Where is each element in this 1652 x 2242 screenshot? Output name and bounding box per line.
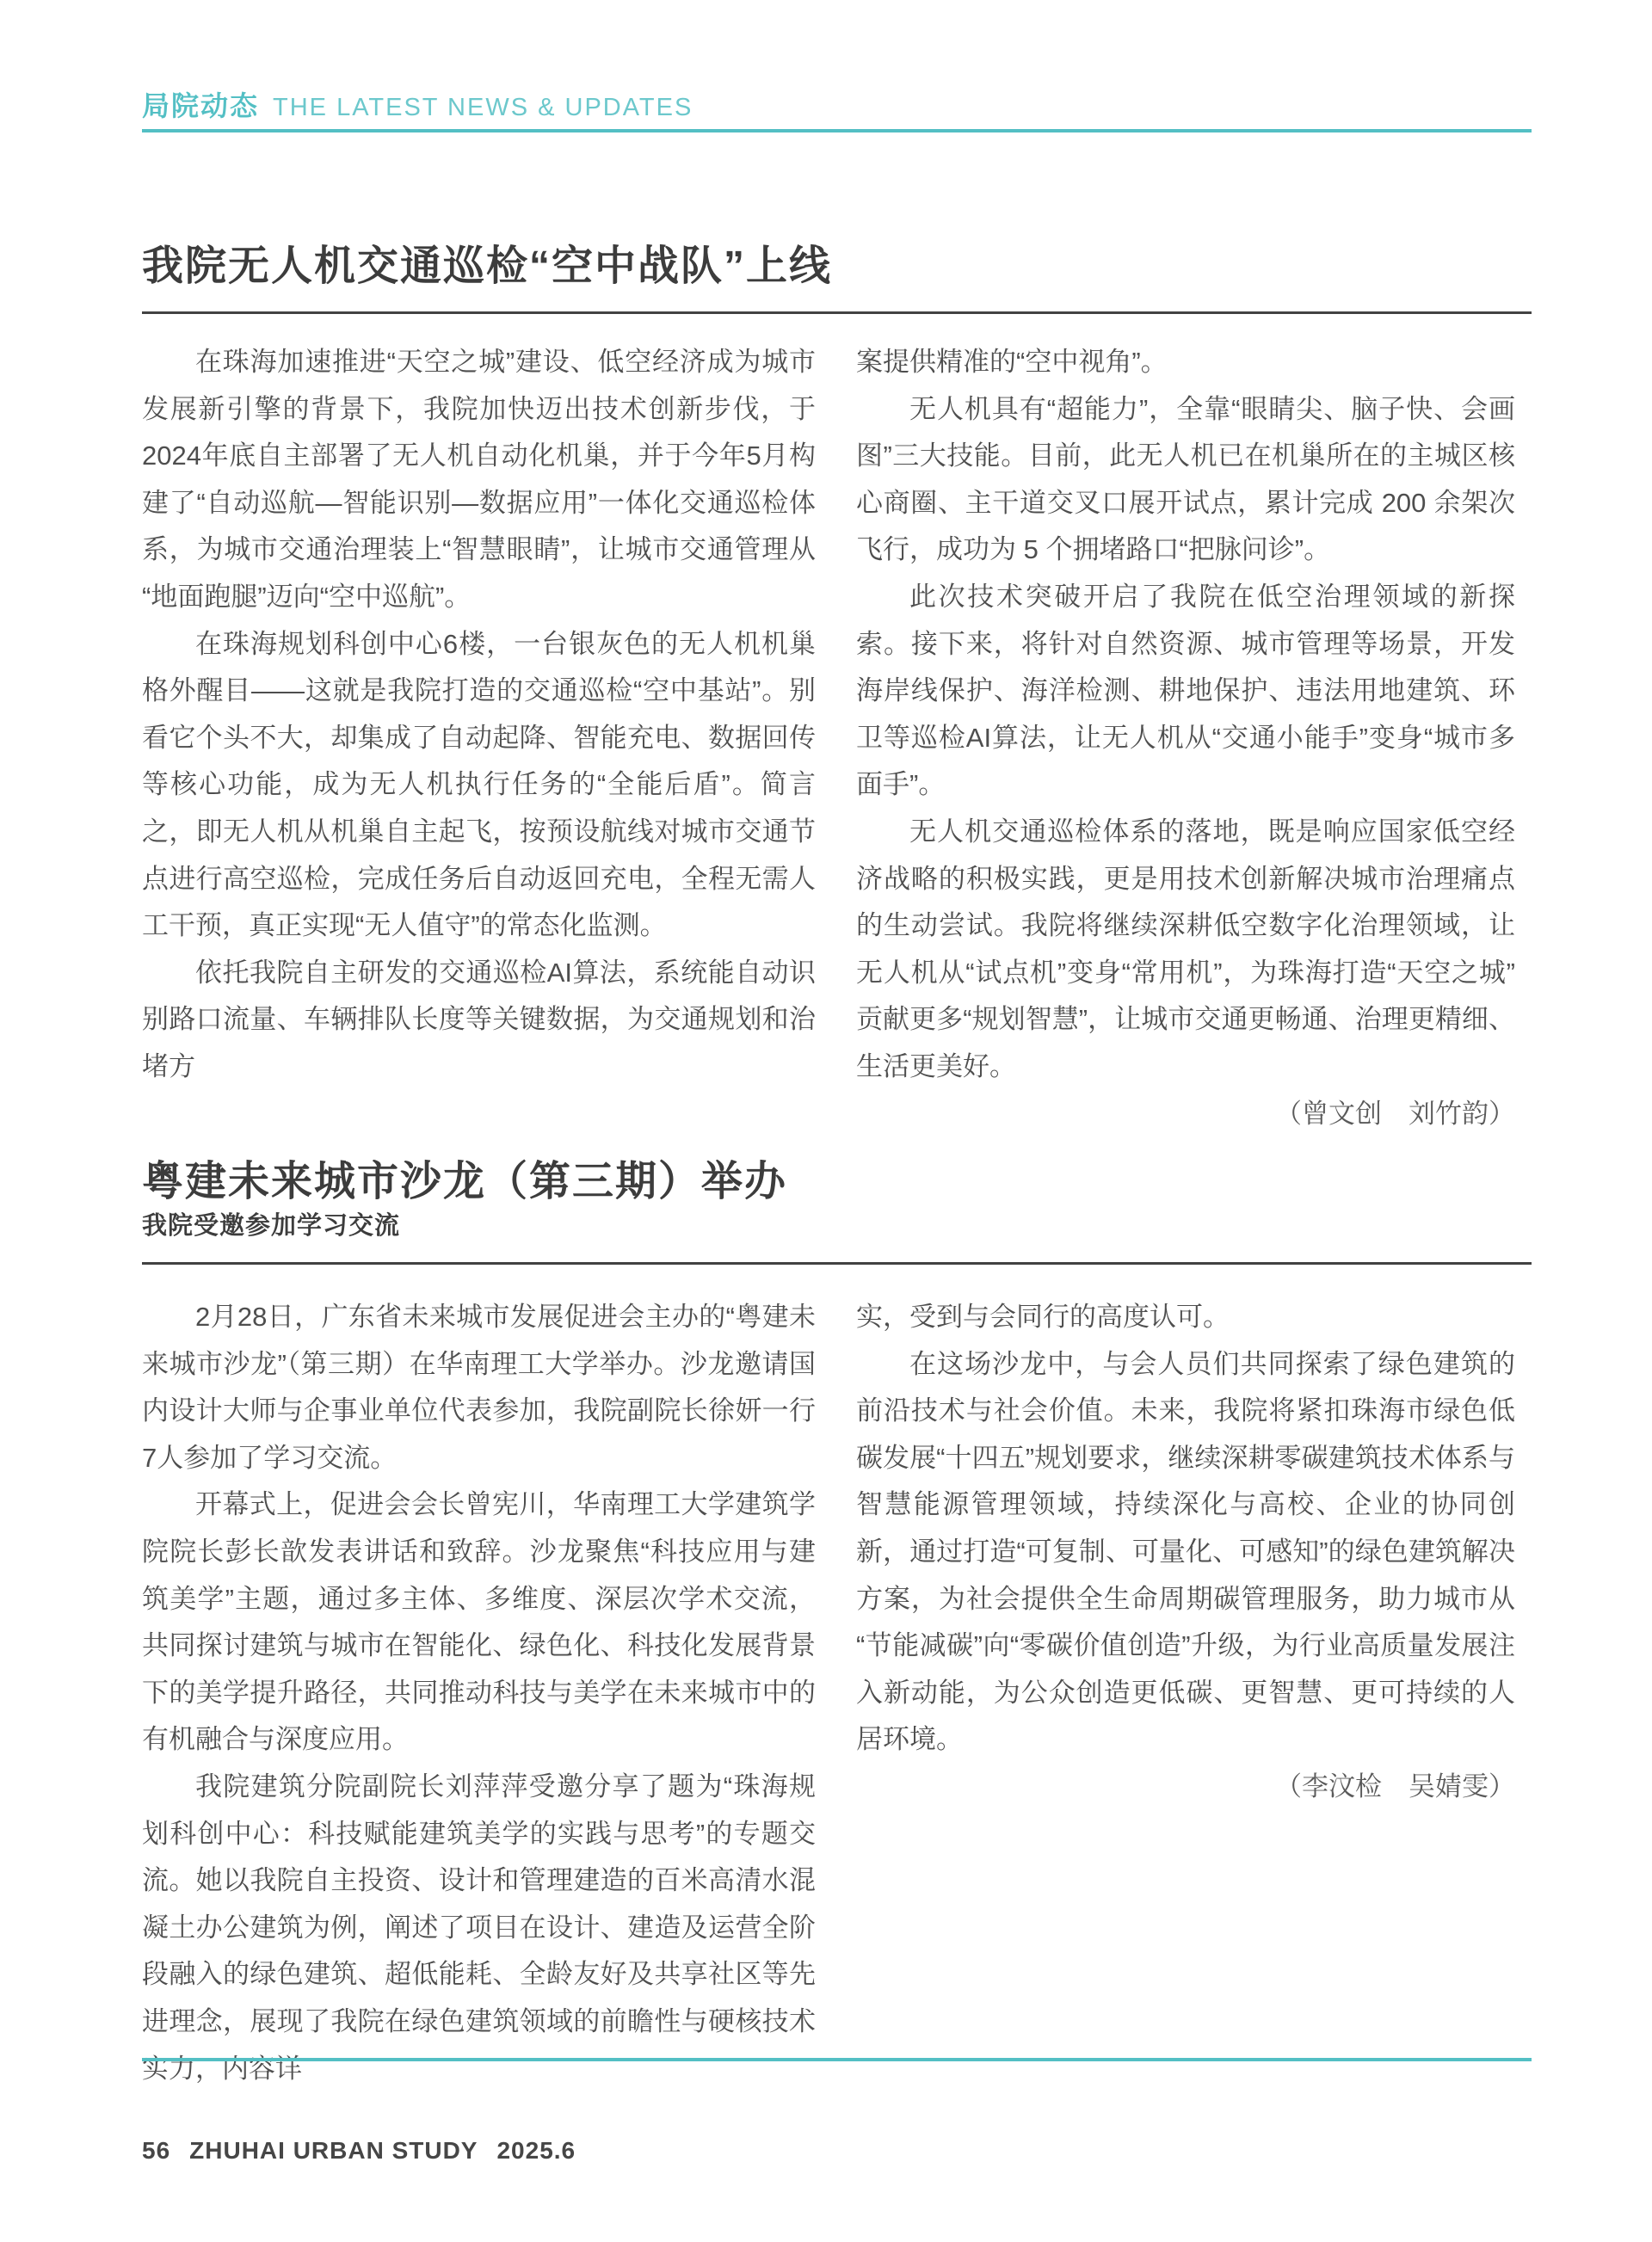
- paragraph: 案提供精准的“空中视角”。: [856, 339, 1515, 386]
- section-label-en: THE LATEST NEWS & UPDATES: [273, 94, 693, 121]
- footer-rule: [142, 2058, 1532, 2061]
- article-column-left: 在珠海加速推进“天空之城”建设、低空经济成为城市发展新引擎的背景下，我院加快迈出…: [142, 339, 816, 1091]
- section-label-cn: 局院动态: [142, 90, 259, 121]
- issue-date: 2025.6: [496, 2137, 576, 2164]
- article-title: 粤建未来城市沙龙（第三期）举办: [142, 1148, 787, 1207]
- article-column-right: 实，受到与会同行的高度认可。在这场沙龙中，与会人员们共同探索了绿色建筑的前沿技术…: [856, 1294, 1515, 1811]
- paragraph: 实，受到与会同行的高度认可。: [856, 1294, 1515, 1341]
- paragraph: 在珠海加速推进“天空之城”建设、低空经济成为城市发展新引擎的背景下，我院加快迈出…: [142, 339, 816, 621]
- paragraph: 我院建筑分院副院长刘萍萍受邀分享了题为“珠海规划科创中心：科技赋能建筑美学的实践…: [142, 1764, 816, 2092]
- page-header: 局院动态THE LATEST NEWS & UPDATES: [142, 84, 693, 124]
- byline: （曾文创 刘竹韵）: [856, 1091, 1515, 1138]
- paragraph: 在这场沙龙中，与会人员们共同探索了绿色建筑的前沿技术与社会价值。未来，我院将紧扣…: [856, 1341, 1515, 1764]
- page-footer: 56ZHUHAI URBAN STUDY2025.6: [142, 2137, 576, 2165]
- article-title-rule: [142, 1262, 1532, 1265]
- paragraph: 无人机交通巡检体系的落地，既是响应国家低空经济战略的积极实践，更是用技术创新解决…: [856, 809, 1515, 1091]
- paragraph: 此次技术突破开启了我院在低空治理领域的新探索。接下来，将针对自然资源、城市管理等…: [856, 574, 1515, 809]
- paragraph: 2月28日，广东省未来城市发展促进会主办的“粤建未来城市沙龙”（第三期）在华南理…: [142, 1294, 816, 1481]
- page-number: 56: [142, 2137, 170, 2164]
- article-title: 我院无人机交通巡检“空中战队”上线: [142, 232, 832, 292]
- page: { "header": { "section_cn": "局院动态", "sec…: [0, 0, 1652, 2242]
- paragraph: 开幕式上，促进会会长曾宪川，华南理工大学建筑学院院长彭长歆发表讲话和致辞。沙龙聚…: [142, 1481, 816, 1764]
- paragraph: 依托我院自主研发的交通巡检AI算法，系统能自动识别路口流量、车辆排队长度等关键数…: [142, 950, 816, 1091]
- paragraph: 在珠海规划科创中心6楼，一台银灰色的无人机机巢格外醒目——这就是我院打造的交通巡…: [142, 621, 816, 950]
- journal-name: ZHUHAI URBAN STUDY: [189, 2137, 478, 2164]
- article-title-rule: [142, 311, 1532, 314]
- header-rule: [142, 129, 1532, 132]
- byline: （李汶检 吴婧雯）: [856, 1764, 1515, 1811]
- paragraph: 无人机具有“超能力”，全靠“眼睛尖、脑子快、会画图”三大技能。目前，此无人机已在…: [856, 386, 1515, 574]
- article-column-left: 2月28日，广东省未来城市发展促进会主办的“粤建未来城市沙龙”（第三期）在华南理…: [142, 1294, 816, 2092]
- article-column-right: 案提供精准的“空中视角”。无人机具有“超能力”，全靠“眼睛尖、脑子快、会画图”三…: [856, 339, 1515, 1137]
- article-subtitle: 我院受邀参加学习交流: [142, 1206, 400, 1241]
